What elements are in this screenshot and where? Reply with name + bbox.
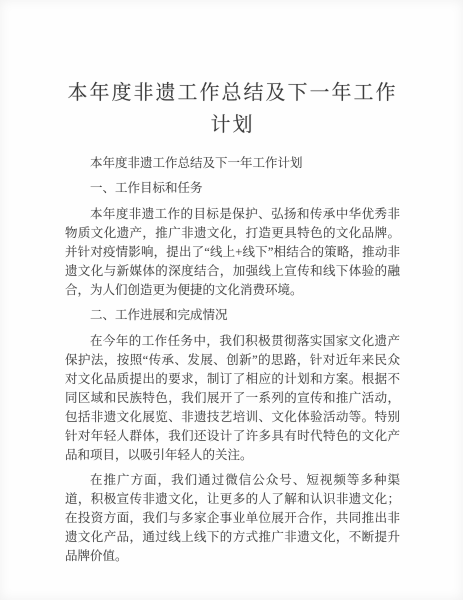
paragraph-goals: 本年度非遗工作的目标是保护、弘扬和传承中华优秀非物质文化遗产，推广非遗文化，打造… xyxy=(65,205,400,300)
document-page: 本年度非遗工作总结及下一年工作 计划 本年度非遗工作总结及下一年工作计划 一、工… xyxy=(0,0,463,600)
section-heading-1: 一、工作目标和任务 xyxy=(65,179,400,198)
paragraph-progress: 在今年的工作任务中，我们积极贯彻落实国家文化遗产保护法，按照“传承、发展、创新”… xyxy=(65,332,400,465)
document-title: 本年度非遗工作总结及下一年工作 计划 xyxy=(65,77,400,141)
section-heading-2: 二、工作进展和完成情况 xyxy=(65,306,400,325)
document-title-line2: 计划 xyxy=(65,109,400,141)
document-subtitle: 本年度非遗工作总结及下一年工作计划 xyxy=(65,154,400,173)
paragraph-promotion: 在推广方面，我们通过微信公众号、短视频等多种渠道，积极宣传非遗文化，让更多的人了… xyxy=(65,471,400,566)
document-title-line1: 本年度非遗工作总结及下一年工作 xyxy=(65,77,400,109)
